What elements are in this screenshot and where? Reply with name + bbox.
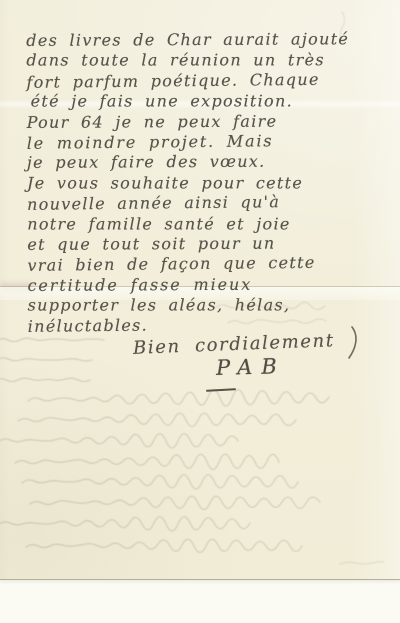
letter-line: notre famille santé et joie (27, 214, 377, 235)
letter-line: nouvelle année ainsi qu'à (27, 191, 377, 215)
letter-line: dans toute la réunion un très (26, 51, 376, 72)
letter-line: Pour 64 je ne peux faire (27, 111, 377, 133)
letter-line: fort parfum poétique. Chaque (26, 69, 376, 93)
closing-flourish (347, 326, 361, 360)
letter-line: certitude fasse mieux (27, 274, 377, 296)
scanned-letter: des livres de Char aurait ajouté dans to… (0, 0, 400, 623)
letter-line: Je vous souhaite pour cette (27, 173, 377, 194)
letter-line: des livres de Char aurait ajouté (26, 29, 376, 51)
letter-line: été je fais une exposition. (27, 91, 377, 112)
letter-line: le moindre projet. Mais (27, 130, 377, 154)
signature-pab: PAB (216, 354, 286, 380)
letter-line: vrai bien de façon que cette (27, 252, 377, 276)
letter-body: des livres de Char aurait ajouté dans to… (26, 29, 378, 337)
letter-line: je peux faire des vœux. (27, 151, 377, 173)
